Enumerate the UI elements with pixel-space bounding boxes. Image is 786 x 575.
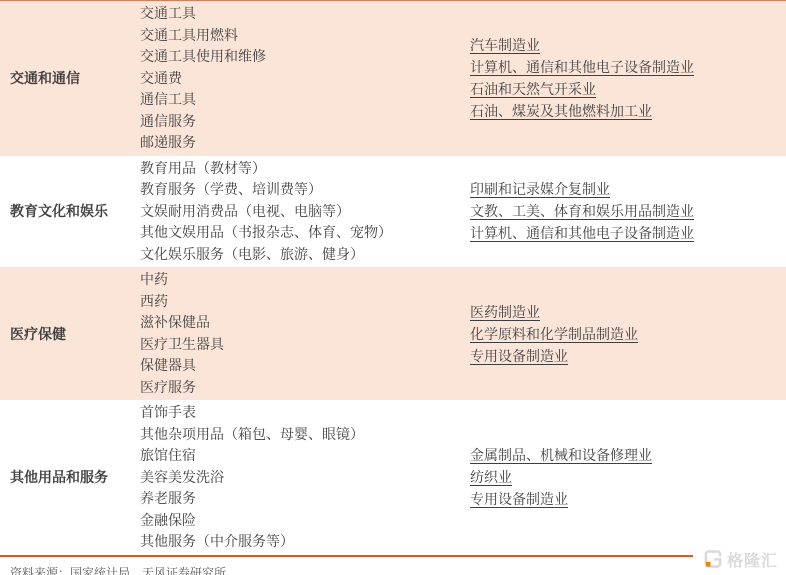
consumption-item: 交通工具使用和维修 xyxy=(140,46,470,68)
consumption-item: 通信工具 xyxy=(140,89,470,111)
figure-footer: 资料来源：国家统计局，天风证券研究所 格隆汇 xyxy=(0,557,786,575)
industry-item: 印刷和记录媒介复制业 xyxy=(470,178,786,200)
category-label: 其他用品和服务 xyxy=(10,467,108,487)
category-cell: 其他用品和服务 xyxy=(0,402,140,553)
consumption-items-cell: 首饰手表其他杂项用品（箱包、母婴、眼镜）旅馆住宿美容美发洗浴养老服务金融保险其他… xyxy=(140,402,470,553)
category-label: 医疗保健 xyxy=(10,324,66,344)
related-industries-cell: 医药制造业化学原料和化学制品制造业专用设备制造业 xyxy=(470,269,786,398)
consumption-item: 养老服务 xyxy=(140,488,470,510)
consumption-item: 旅馆住宿 xyxy=(140,445,470,467)
consumption-item: 交通费 xyxy=(140,68,470,90)
industry-item: 文教、工美、体育和娱乐用品制造业 xyxy=(470,200,786,222)
consumption-item: 其他杂项用品（箱包、母婴、眼镜） xyxy=(140,424,470,446)
consumption-item: 首饰手表 xyxy=(140,402,470,424)
consumption-item: 其他文娱用品（书报杂志、体育、宠物） xyxy=(140,222,470,244)
industry-item: 石油、煤炭及其他燃料加工业 xyxy=(470,100,786,122)
industry-item: 计算机、通信和其他电子设备制造业 xyxy=(470,56,786,78)
consumption-items-cell: 教育用品（教材等）教育服务（学费、培训费等）文娱耐用消费品（电视、电脑等）其他文… xyxy=(140,158,470,266)
gelonghui-brand-text: 格隆汇 xyxy=(727,548,778,571)
industry-item: 汽车制造业 xyxy=(470,34,786,56)
consumption-item: 医疗服务 xyxy=(140,377,470,399)
consumption-item: 金融保险 xyxy=(140,510,470,532)
consumption-item: 文化娱乐服务（电影、旅游、健身） xyxy=(140,244,470,266)
industry-item: 专用设备制造业 xyxy=(470,345,786,367)
consumption-industry-mapping-table: 交通和通信交通工具交通工具用燃料交通工具使用和维修交通费通信工具通信服务邮递服务… xyxy=(0,0,786,557)
consumption-item: 交通工具 xyxy=(140,3,470,25)
consumption-item: 交通工具用燃料 xyxy=(140,25,470,47)
report-table-figure: 交通和通信交通工具交通工具用燃料交通工具使用和维修交通费通信工具通信服务邮递服务… xyxy=(0,0,786,575)
consumption-item: 文娱耐用消费品（电视、电脑等） xyxy=(140,201,470,223)
category-cell: 交通和通信 xyxy=(0,3,140,154)
industry-item: 纺织业 xyxy=(470,466,786,488)
consumption-item: 通信服务 xyxy=(140,111,470,133)
category-cell: 教育文化和娱乐 xyxy=(0,158,140,266)
category-label: 教育文化和娱乐 xyxy=(10,201,108,221)
related-industries-cell: 金属制品、机械和设备修理业纺织业专用设备制造业 xyxy=(470,402,786,553)
industry-item: 计算机、通信和其他电子设备制造业 xyxy=(470,222,786,244)
industry-item: 金属制品、机械和设备修理业 xyxy=(470,444,786,466)
consumption-item: 其他服务（中介服务等） xyxy=(140,531,470,553)
consumption-item: 保健器具 xyxy=(140,355,470,377)
consumption-item: 医疗卫生器具 xyxy=(140,334,470,356)
consumption-item: 西药 xyxy=(140,291,470,313)
consumption-item: 教育用品（教材等） xyxy=(140,158,470,180)
consumption-item: 美容美发洗浴 xyxy=(140,467,470,489)
consumption-items-cell: 交通工具交通工具用燃料交通工具使用和维修交通费通信工具通信服务邮递服务 xyxy=(140,3,470,154)
related-industries-cell: 印刷和记录媒介复制业文教、工美、体育和娱乐用品制造业计算机、通信和其他电子设备制… xyxy=(470,158,786,266)
industry-item: 专用设备制造业 xyxy=(470,488,786,510)
industry-item: 医药制造业 xyxy=(470,301,786,323)
industry-item: 化学原料和化学制品制造业 xyxy=(470,323,786,345)
category-group-row: 医疗保健中药西药滋补保健品医疗卫生器具保健器具医疗服务医药制造业化学原料和化学制… xyxy=(0,267,786,400)
category-group-row: 教育文化和娱乐教育用品（教材等）教育服务（学费、培训费等）文娱耐用消费品（电视、… xyxy=(0,156,786,268)
consumption-item: 教育服务（学费、培训费等） xyxy=(140,179,470,201)
category-group-row: 其他用品和服务首饰手表其他杂项用品（箱包、母婴、眼镜）旅馆住宿美容美发洗浴养老服… xyxy=(0,400,786,555)
consumption-item: 中药 xyxy=(140,269,470,291)
industry-item: 石油和天然气开采业 xyxy=(470,78,786,100)
source-note: 资料来源：国家统计局，天风证券研究所 xyxy=(10,564,786,575)
gelonghui-watermark: 格隆汇 xyxy=(693,546,786,573)
gelonghui-g-icon xyxy=(703,549,723,569)
category-group-row: 交通和通信交通工具交通工具用燃料交通工具使用和维修交通费通信工具通信服务邮递服务… xyxy=(0,1,786,156)
consumption-items-cell: 中药西药滋补保健品医疗卫生器具保健器具医疗服务 xyxy=(140,269,470,398)
consumption-item: 滋补保健品 xyxy=(140,312,470,334)
category-label: 交通和通信 xyxy=(10,68,80,88)
related-industries-cell: 汽车制造业计算机、通信和其他电子设备制造业石油和天然气开采业石油、煤炭及其他燃料… xyxy=(470,3,786,154)
category-cell: 医疗保健 xyxy=(0,269,140,398)
consumption-item: 邮递服务 xyxy=(140,132,470,154)
